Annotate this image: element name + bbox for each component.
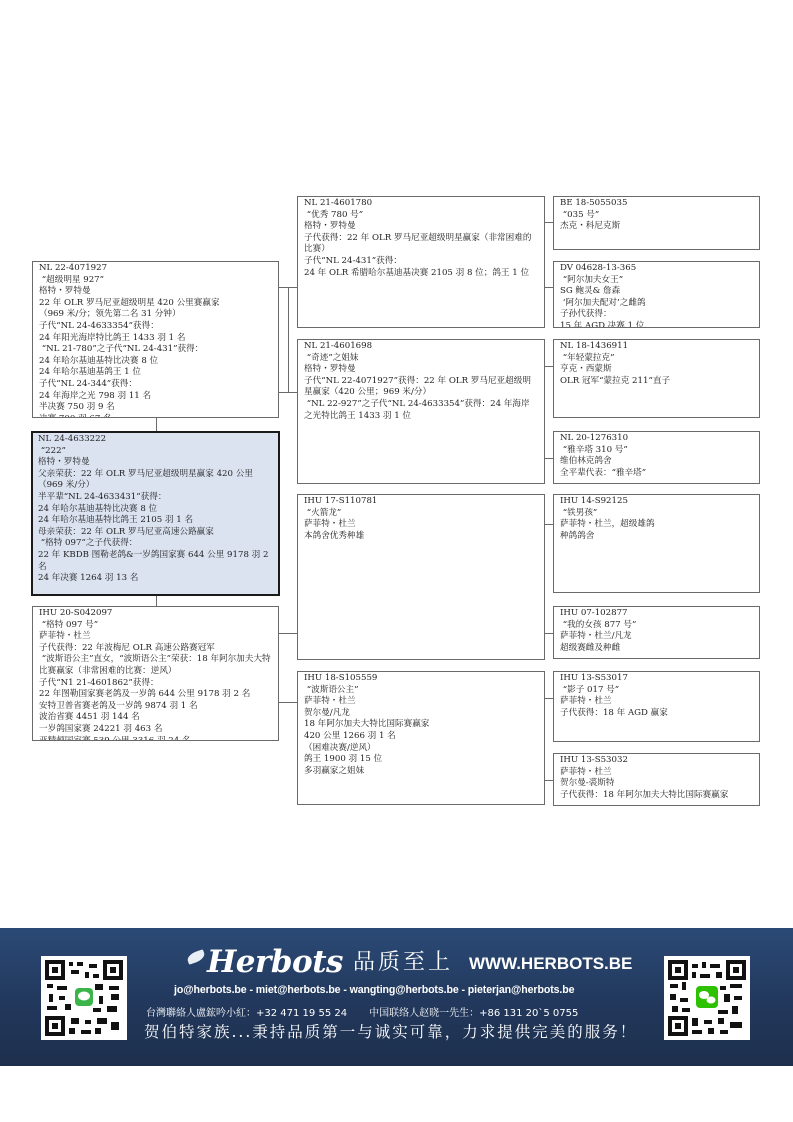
pedigree-line: “铁男孩”: [560, 508, 753, 520]
pedigree-line: “超级明星 927”: [39, 275, 272, 287]
connector: [288, 287, 289, 393]
ring-number: NL 20-1276310: [560, 433, 753, 445]
connector: [279, 702, 297, 703]
pedigree-line: 决赛 700 羽 67 名: [39, 414, 272, 418]
connector: [288, 287, 297, 288]
pedigree-line: 一岁鸽国家赛 24221 羽 463 名: [39, 724, 272, 736]
great-grandparent-box-6: IHU 07-102877 “我的女孩 877 号”萨菲特・杜兰/凡龙超级赛雌及…: [553, 606, 760, 659]
pedigree-line: 子代“NL 24-4633354”获得：: [39, 321, 272, 333]
connector: [545, 287, 553, 288]
grandparent-box-3: IHU 17-S110781 “火箭龙”萨菲特・杜兰本鸽舍优秀种雄: [297, 494, 545, 660]
connector: [545, 633, 553, 634]
pedigree-line: 24 年哈尔基迪基鸽王 1 位: [39, 367, 272, 379]
ring-number: NL 21-4601780: [304, 198, 538, 210]
pedigree-line: “年轻蒙拉克”: [560, 353, 753, 365]
qr-code-icon: [45, 960, 123, 1036]
pedigree-line: 贺尔曼-裘斯特: [560, 778, 753, 790]
connector: [545, 222, 553, 223]
pedigree-line: （困难决赛/逆风）: [304, 743, 538, 755]
pedigree-line: 格特・罗特曼: [39, 286, 272, 298]
ring-number: BE 18-5055035: [560, 198, 753, 210]
pedigree-line: 萨菲特・杜兰: [560, 696, 753, 708]
pedigree-line: 亨克・西蒙斯: [560, 364, 753, 376]
pedigree-line: 24 年 OLR 希腊哈尔基迪基决赛 2105 羽 8 位；鸽王 1 位: [304, 268, 538, 280]
pedigree-line: 15 年 AGD 决赛 1 位: [560, 321, 753, 328]
ring-number: IHU 17-S110781: [304, 496, 538, 508]
ring-number: IHU 13-S53017: [560, 673, 753, 685]
great-grandparent-box-8: IHU 13-S53032萨菲特・杜兰贺尔曼-裘斯特子代获得：18 年阿尔加夫大…: [553, 753, 760, 806]
website-link[interactable]: WWW.HERBOTS.BE: [469, 950, 632, 978]
email-addresses[interactable]: jo@herbots.be - miet@herbots.be - wangti…: [174, 984, 574, 996]
ring-number: IHU 20-S042097: [39, 608, 272, 620]
pedigree-line: 父亲荣获：22 年 OLR 罗马尼亚超级明星赢家 420 公里: [38, 469, 273, 481]
pedigree-line: 全平辈代表：“雅辛塔”: [560, 468, 753, 480]
pedigree-line: 超级赛雌及种雌: [560, 643, 753, 655]
grandparent-box-2: NL 21-4601698 “奇迹”之姐妹格特・罗特曼子代“NL 22-4071…: [297, 339, 545, 484]
pedigree-line: 母亲荣获：22 年 OLR 罗马尼亚高速公路赢家: [38, 527, 273, 539]
pedigree-line: “影子 017 号”: [560, 685, 753, 697]
ring-number: NL 22-4071927: [39, 263, 272, 275]
pedigree-line: 格特・罗特曼: [38, 457, 273, 469]
pedigree-line: 格特・罗特曼: [304, 221, 538, 233]
pedigree-line: 多羽赢家之姐妹: [304, 766, 538, 778]
pedigree-line: 贺尔曼/凡龙: [304, 708, 538, 720]
herbots-logo[interactable]: Herbots: [187, 946, 343, 978]
pedigree-line: 24 年哈尔基迪基特比决赛 8 位: [38, 504, 273, 516]
pedigree-line: “格特 097”之子代获得：: [38, 538, 273, 550]
pedigree-line: 子代“NL 24-344”获得：: [39, 379, 272, 391]
pedigree-line: 维伯林克鸽舍: [560, 456, 753, 468]
connector: [156, 595, 157, 606]
pedigree-line: 子代“NL 24-431”获得：: [304, 256, 538, 268]
great-grandparent-box-2: DV 04628-13-365 “阿尔加夫女王”SG 鲍灵& 詹森 ‘阿尔加夫配…: [553, 261, 760, 328]
connector: [156, 418, 157, 432]
grandparent-box-1: NL 21-4601780 “优秀 780 号”格特・罗特曼子代获得：22 年 …: [297, 196, 545, 328]
pedigree-line: 子代“N1 21-4601862”获得：: [39, 678, 272, 690]
pedigree-line: SG 鲍灵& 詹森: [560, 286, 753, 298]
ring-number: NL 18-1436911: [560, 341, 753, 353]
great-grandparent-box-1: BE 18-5055035 “035 号”杰克・科尼克斯: [553, 196, 760, 250]
pedigree-line: 24 年哈尔基迪基特比鸽王 2105 羽 1 名: [38, 515, 273, 527]
pedigree-line: 24 年海岸之光 798 羽 11 名: [39, 391, 272, 403]
contact-phones: 台灣聯絡人盧鋐吟小紅：+32 471 19 55 24 中国联络人赵晓一先生：+…: [146, 1004, 578, 1019]
pedigree-line: “格特 097 号”: [39, 620, 272, 632]
pedigree-line: 萨菲特・杜兰，超级雄鸽: [560, 519, 753, 531]
pedigree-line: 种鸽鸽舍: [560, 531, 753, 543]
pedigree-line: 本鸽舍优秀种雄: [304, 531, 538, 543]
pedigree-line: “222”: [38, 446, 273, 458]
pedigree-line: 安特卫普省赛老鸽及一岁鸽 9874 羽 1 名: [39, 701, 272, 713]
pedigree-line: “奇迹”之姐妹: [304, 353, 538, 365]
pedigree-line: 24 年哈尔基迪基特比决赛 8 位: [39, 356, 272, 368]
pedigree-line: 半平辈“NL 24-4633431”获得：: [38, 492, 273, 504]
motto: 贺伯特家族...秉持品质第一与诚实可靠，力求提供完美的服务！: [144, 1020, 637, 1042]
pedigree-line: 杰克・科尼克斯: [560, 221, 753, 233]
pedigree-line: “波斯语公主”: [304, 685, 538, 697]
pedigree-line: “优秀 780 号”: [304, 210, 538, 222]
dam-box: IHU 20-S042097 “格特 097 号”萨菲特・杜兰子代获得：22 年…: [32, 606, 279, 741]
pedigree-line: 萨菲特・杜兰: [304, 696, 538, 708]
ring-number: NL 24-4633222: [38, 434, 273, 446]
pedigree-line: 萨菲特・杜兰: [560, 767, 753, 779]
pedigree-line: 24 年决赛 1264 羽 13 名: [38, 573, 273, 585]
connector: [545, 780, 553, 781]
pedigree-line: 22 年 OLR 罗马尼亚超级明星 420 公里赛赢家: [39, 298, 272, 310]
pedigree-line: 子代“NL 22-4071927”获得：22 年 OLR 罗马尼亚超级明星赢家（…: [304, 376, 538, 399]
pedigree-line: 420 公里 1266 羽 1 名: [304, 731, 538, 743]
pedigree-line: 半决赛 750 羽 9 名: [39, 402, 272, 414]
connector: [279, 392, 288, 393]
connector: [545, 524, 553, 525]
connector: [545, 366, 553, 367]
pedigree-line: 24 年阳光海岸特比鸽王 1433 羽 1 名: [39, 333, 272, 345]
great-grandparent-box-5: IHU 14-S92125 “铁男孩”萨菲特・杜兰，超级雄鸽种鸽鸽舍: [553, 494, 760, 593]
connector: [279, 287, 288, 288]
pedigree-line: 子代获得：22 年波梅尼 OLR 高速公路赛冠军: [39, 643, 272, 655]
great-grandparent-box-3: NL 18-1436911 “年轻蒙拉克”亨克・西蒙斯OLR 冠军“蒙拉克 21…: [553, 339, 760, 418]
pedigree-line: 子代获得：18 年 AGD 赢家: [560, 708, 753, 720]
pedigree-line: 名: [38, 562, 273, 574]
connector: [288, 392, 297, 393]
ring-number: IHU 07-102877: [560, 608, 753, 620]
ring-number: IHU 14-S92125: [560, 496, 753, 508]
pedigree-line: 亚精顿国家赛 539 公里 3316 羽 24 名: [39, 736, 272, 741]
pedigree-line: 22 年图勒国家赛老鸽及一岁鸽 644 公里 9178 羽 2 名: [39, 689, 272, 701]
sire-box: NL 22-4071927 “超级明星 927”格特・罗特曼22 年 OLR 罗…: [32, 261, 279, 418]
pedigree-line: 萨菲特・杜兰: [304, 519, 538, 531]
pedigree-line: 子孙代获得：: [560, 309, 753, 321]
grandparent-box-4: IHU 18-S105559 “波斯语公主”萨菲特・杜兰贺尔曼/凡龙18 年阿尔…: [297, 671, 545, 805]
ring-number: IHU 18-S105559: [304, 673, 538, 685]
pedigree-line: 鸽王 1900 羽 15 位: [304, 754, 538, 766]
pedigree-line: ‘阿尔加夫配对’之雌鸽: [560, 298, 753, 310]
qr-code-icon: [668, 960, 746, 1036]
pedigree-line: 子代获得：22 年 OLR 罗马尼亚超级明星赢家（非常困难的比赛）: [304, 233, 538, 256]
pedigree-line: （969 米/分）: [38, 480, 273, 492]
feather-icon: [186, 949, 206, 965]
great-grandparent-box-7: IHU 13-S53017 “影子 017 号”萨菲特・杜兰子代获得：18 年 …: [553, 671, 760, 742]
ring-number: IHU 13-S53032: [560, 755, 753, 767]
pedigree-line: 萨菲特・杜兰/凡龙: [560, 631, 753, 643]
pedigree-line: 波治省赛 4451 羽 144 名: [39, 712, 272, 724]
great-grandparent-box-4: NL 20-1276310 “雅辛塔 310 号”维伯林克鸽舍全平辈代表：“雅辛…: [553, 431, 760, 484]
pedigree-line: “火箭龙”: [304, 508, 538, 520]
pedigree-line: OLR 冠军“蒙拉克 211”直子: [560, 376, 753, 388]
pedigree-line: “NL 21-780”之子代“NL 24-431”获得：: [39, 344, 272, 356]
ring-number: DV 04628-13-365: [560, 263, 753, 275]
pedigree-line: 18 年阿尔加夫大特比国际赛赢家: [304, 719, 538, 731]
contact-taiwan: 台灣聯絡人盧鋐吟小紅：+32 471 19 55 24: [146, 1004, 347, 1019]
connector: [545, 458, 553, 459]
pedigree-line: “我的女孩 877 号”: [560, 620, 753, 632]
pedigree-line: “035 号”: [560, 210, 753, 222]
pedigree-line: 格特・罗特曼: [304, 364, 538, 376]
pedigree-line: “阿尔加夫女王”: [560, 275, 753, 287]
ring-number: NL 21-4601698: [304, 341, 538, 353]
subject-box: NL 24-4633222 “222”格特・罗特曼父亲荣获：22 年 OLR 罗…: [31, 431, 280, 596]
pedigree-line: 子代获得：18 年阿尔加夫大特比国际赛赢家: [560, 790, 753, 802]
pedigree-line: （969 米/分；领先第二名 31 分钟）: [39, 309, 272, 321]
brand-slogan: 品质至上: [353, 948, 453, 978]
brand-header: Herbots 品质至上 WWW.HERBOTS.BE: [187, 944, 632, 978]
connector: [279, 633, 297, 634]
pedigree-line: “NL 22-927”之子代“NL 24-4633354”获得：24 年海岸之光…: [304, 399, 538, 422]
pedigree-line: “波斯语公主”直女，“波斯语公主”荣获：18 年阿尔加夫大特比赛赢家（非常困难的…: [39, 654, 272, 677]
contact-china: 中国联络人赵晓一先生：+86 131 20`5 0755: [369, 1004, 578, 1019]
pedigree-line: “雅辛塔 310 号”: [560, 445, 753, 457]
pedigree-line: 22 年 KBDB 图勒老鸽&一岁鸽国家赛 644 公里 9178 羽 2: [38, 550, 273, 562]
pedigree-line: 萨菲特・杜兰: [39, 631, 272, 643]
footer-banner: Herbots 品质至上 WWW.HERBOTS.BE jo@herbots.b…: [0, 928, 793, 1066]
connector: [545, 698, 553, 699]
wechat-qr-code[interactable]: [664, 956, 750, 1040]
line-qr-code[interactable]: [41, 956, 127, 1040]
